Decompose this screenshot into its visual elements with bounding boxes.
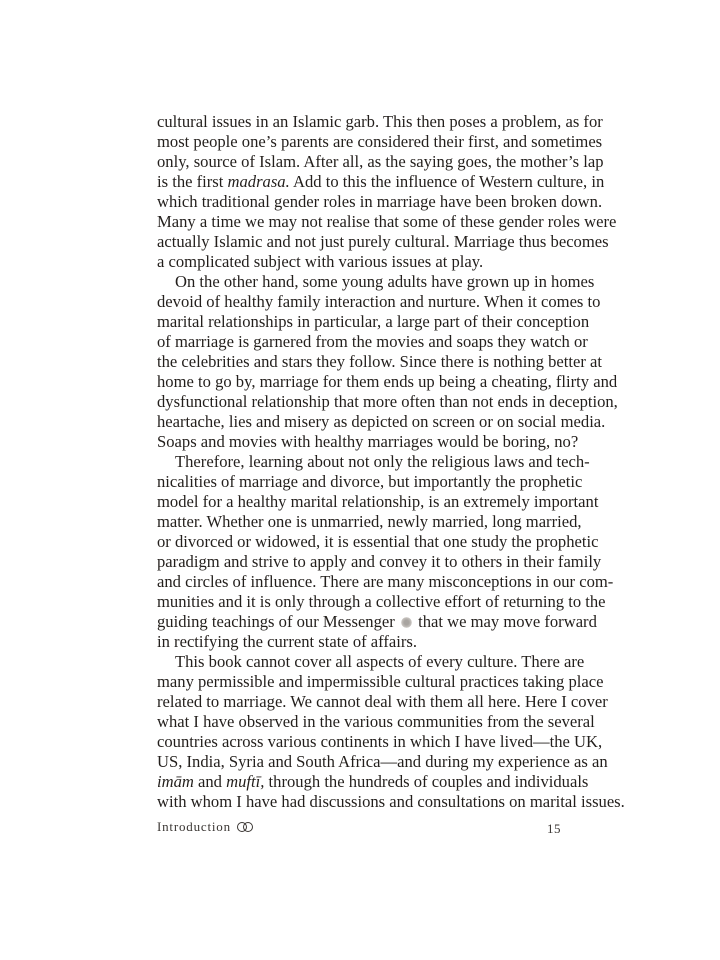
text-line: with whom I have had discussions and con… <box>157 792 565 812</box>
text-line: matter. Whether one is unmarried, newly … <box>157 512 565 532</box>
text-line: guiding teachings of our Messenger that … <box>157 612 565 632</box>
text-line: countries across various continents in w… <box>157 732 565 752</box>
text-line: related to marriage. We cannot deal with… <box>157 692 565 712</box>
text-line: is the first madrasa. Add to this the in… <box>157 172 565 192</box>
text-line: On the other hand, some young adults hav… <box>157 272 565 292</box>
text-line: or divorced or widowed, it is essential … <box>157 532 565 552</box>
text-line: paradigm and strive to apply and convey … <box>157 552 565 572</box>
paragraph: This book cannot cover all aspects of ev… <box>157 652 565 812</box>
text-line: a complicated subject with various issue… <box>157 252 565 272</box>
paragraph: cultural issues in an Islamic garb. This… <box>157 112 565 272</box>
text-line: cultural issues in an Islamic garb. This… <box>157 112 565 132</box>
running-footer: Introduction <box>157 819 255 835</box>
text-line: imām and muftī, through the hundreds of … <box>157 772 565 792</box>
text-line: the celebrities and stars they follow. S… <box>157 352 565 372</box>
section-title: Introduction <box>157 819 231 835</box>
italic-term: muftī, <box>226 772 264 791</box>
text-line: Soaps and movies with healthy marriages … <box>157 432 565 452</box>
text-line: what I have observed in the various comm… <box>157 712 565 732</box>
text-line: heartache, lies and misery as depicted o… <box>157 412 565 432</box>
text-line: marital relationships in particular, a l… <box>157 312 565 332</box>
text-line: home to go by, marriage for them ends up… <box>157 372 565 392</box>
text-line: nicalities of marriage and divorce, but … <box>157 472 565 492</box>
book-page: cultural issues in an Islamic garb. This… <box>0 0 720 960</box>
interlocking-rings-ornament-icon <box>237 822 255 833</box>
text-line: which traditional gender roles in marria… <box>157 192 565 212</box>
text-line: Many a time we may not realise that some… <box>157 212 565 232</box>
text-line: munities and it is only through a collec… <box>157 592 565 612</box>
text-line: in rectifying the current state of affai… <box>157 632 565 652</box>
body-text: cultural issues in an Islamic garb. This… <box>157 112 565 812</box>
text-line: This book cannot cover all aspects of ev… <box>157 652 565 672</box>
honorific-ornament-icon <box>401 617 412 628</box>
text-line: many permissible and impermissible cultu… <box>157 672 565 692</box>
text-line: dysfunctional relationship that more oft… <box>157 392 565 412</box>
text-line: US, India, Syria and South Africa—and du… <box>157 752 565 772</box>
text-line: actually Islamic and not just purely cul… <box>157 232 565 252</box>
text-line: and circles of influence. There are many… <box>157 572 565 592</box>
page-number: 15 <box>547 821 561 837</box>
text-line: devoid of healthy family interaction and… <box>157 292 565 312</box>
italic-term: imām <box>157 772 194 791</box>
paragraph: On the other hand, some young adults hav… <box>157 272 565 452</box>
italic-term: madrasa. <box>228 172 290 191</box>
text-line: Therefore, learning about not only the r… <box>157 452 565 472</box>
text-line: model for a healthy marital relationship… <box>157 492 565 512</box>
paragraph: Therefore, learning about not only the r… <box>157 452 565 652</box>
text-line: most people one’s parents are considered… <box>157 132 565 152</box>
text-line: only, source of Islam. After all, as the… <box>157 152 565 172</box>
text-line: of marriage is garnered from the movies … <box>157 332 565 352</box>
